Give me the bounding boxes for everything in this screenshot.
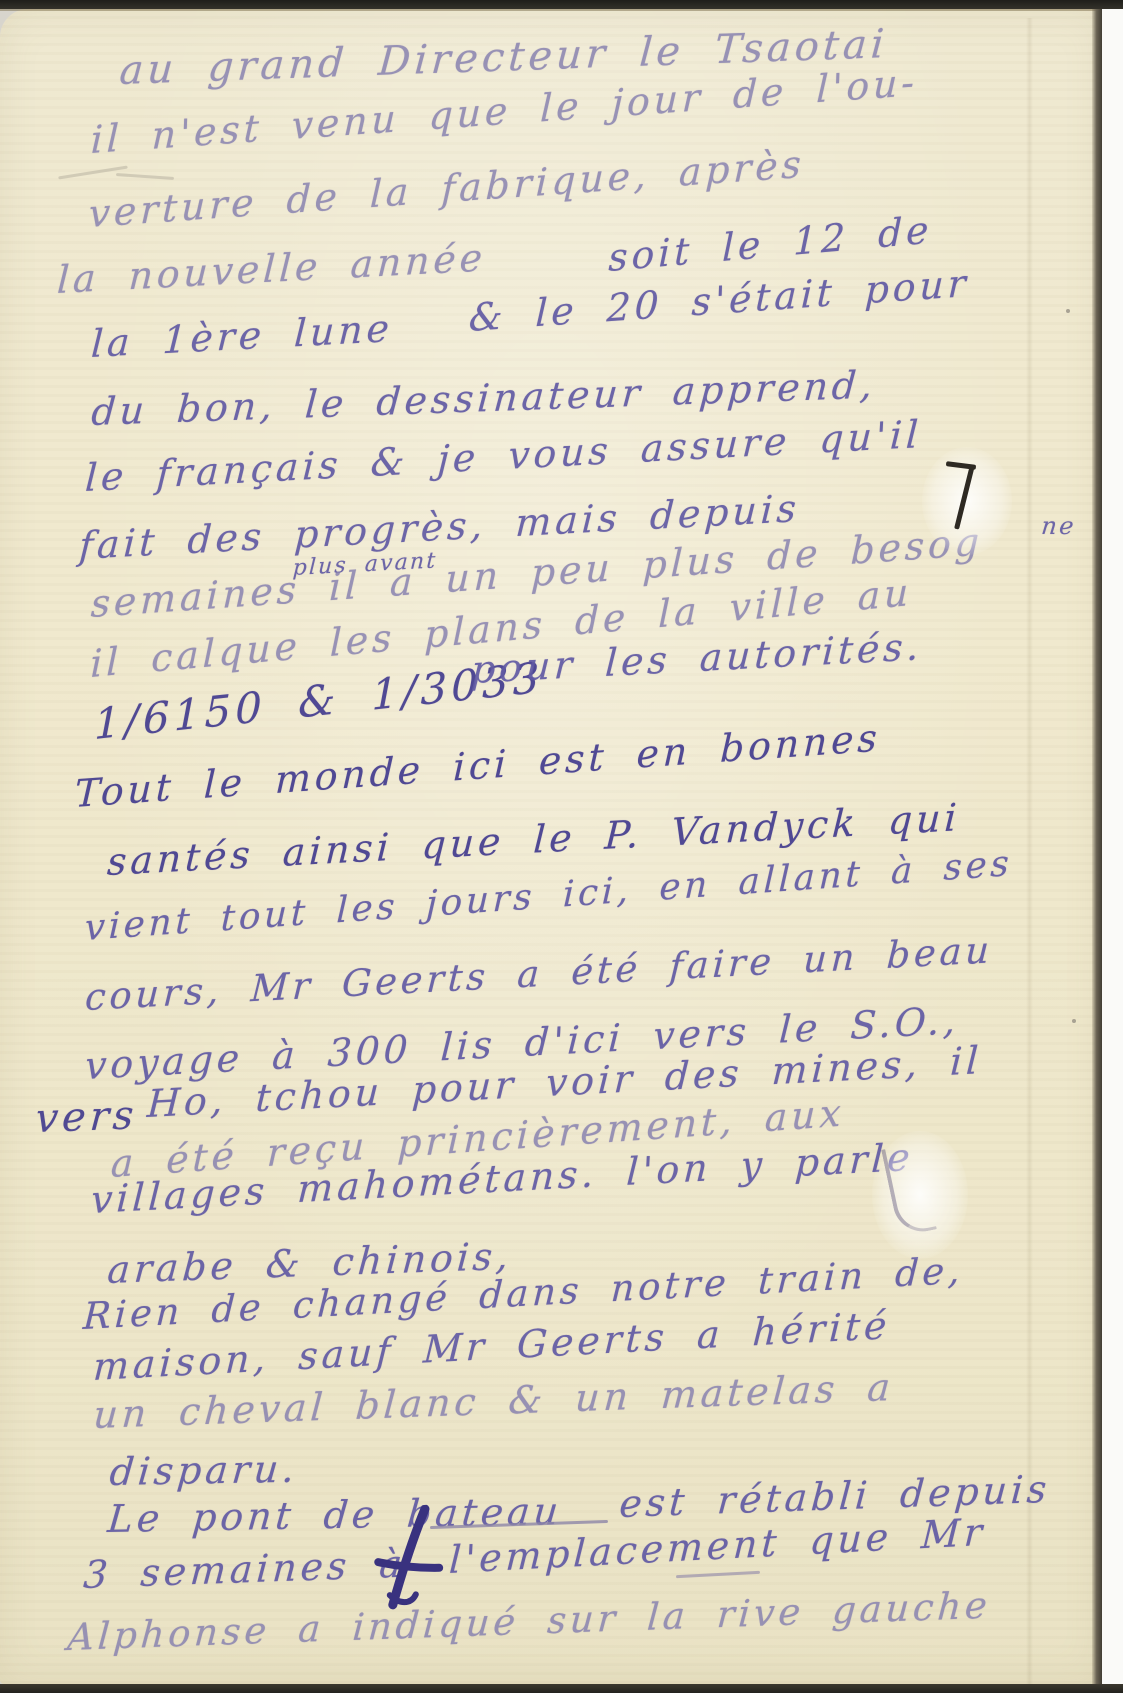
handwriting-line: la nouvelle année — [56, 235, 487, 302]
handwriting-line: disparu. — [108, 1447, 300, 1494]
manuscript-page: au grand Directeur le Tsaotaiil n'est ve… — [0, 9, 1102, 1684]
paper-crease — [1026, 18, 1033, 1693]
dust-speck — [1072, 1019, 1076, 1023]
ink-tick-mark — [954, 464, 975, 529]
handwriting-line: la 1ère lune — [90, 306, 394, 366]
handwriting-line: & le 20 s'était pour — [468, 261, 970, 340]
handwriting-line: Le pont de bateau — [106, 1489, 564, 1541]
paper-flaw-lower — [872, 1131, 968, 1259]
handwriting-line: vers — [34, 1092, 139, 1142]
dust-speck — [1066, 309, 1070, 313]
handwriting-line: Alphonse a indiqué sur la rive gauche — [66, 1584, 992, 1659]
pencil-mark — [58, 167, 176, 185]
handwriting-line: verture de la fabrique, après — [88, 142, 806, 236]
scanned-letter: au grand Directeur le Tsaotaiil n'est ve… — [0, 0, 1123, 1693]
crossout-x-mark — [367, 1504, 449, 1613]
dash-mark — [676, 1571, 760, 1578]
scan-edge-top — [0, 0, 1123, 9]
scan-edge-bottom — [0, 1684, 1123, 1693]
page-edge-right — [1092, 9, 1102, 1684]
scan-margin-right — [1102, 9, 1123, 1684]
paper-flaw-upper — [922, 447, 1012, 555]
ink-smear — [881, 1142, 937, 1237]
handwriting-line: 3 semaines à — [82, 1542, 407, 1597]
handwriting-line: ne — [1040, 512, 1077, 540]
